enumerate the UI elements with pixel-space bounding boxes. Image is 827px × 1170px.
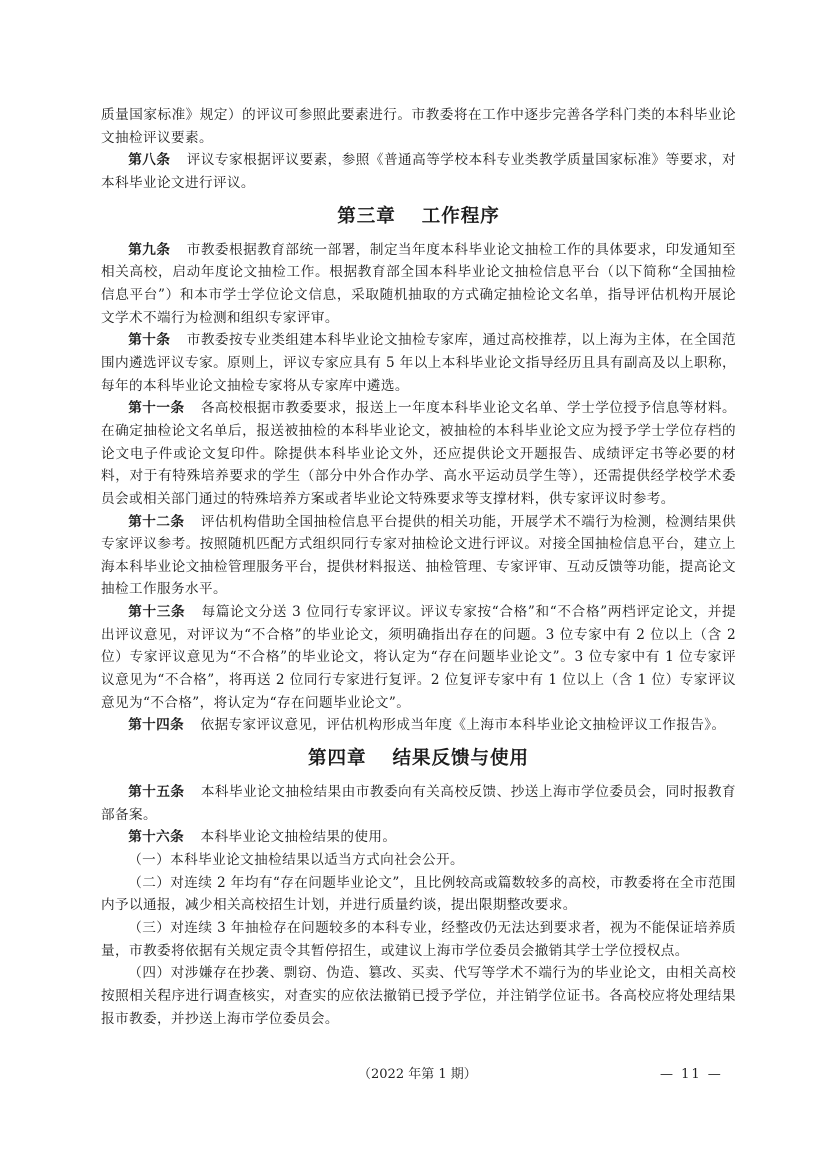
article-11: 第十一条各高校根据市教委要求，报送上一年度本科毕业论文名单、学士学位授予信息等材…	[101, 397, 736, 510]
list-item-3: （三）对连续 3 年抽检存在问题较多的本科专业，经整改仍无法达到要求者，视为不能…	[101, 917, 736, 962]
article-text: 依据专家评议意见，评估机构形成当年度《上海市本科毕业论文抽检评议工作报告》。	[200, 717, 725, 733]
article-label: 第十条	[128, 332, 170, 348]
chapter-heading-3: 第三章工作程序	[101, 195, 736, 239]
article-text: 本科毕业论文抽检结果的使用。	[200, 829, 396, 845]
article-label: 第十三条	[128, 604, 185, 620]
article-text: 各高校根据市教委要求，报送上一年度本科毕业论文名单、学士学位授予信息等材料。在确…	[101, 400, 736, 507]
article-label: 第十四条	[128, 717, 184, 733]
article-12: 第十二条评估机构借助全国抽检信息平台提供的相关功能，开展学术不端行为检测，检测结…	[101, 511, 736, 602]
article-text: 市教委根据教育部统一部署，制定当年度本科毕业论文抽检工作的具体要求，印发通知至相…	[101, 242, 736, 326]
page-number: — 11 —	[660, 1066, 723, 1084]
paragraph-continuation: 质量国家标准》规定）的评议可参照此要素进行。市教委将在工作中逐步完善各学科门类的…	[101, 104, 736, 149]
article-label: 第八条	[128, 152, 170, 168]
article-15: 第十五条本科毕业论文抽检结果由市教委向有关高校反馈、抄送上海市学位委员会，同时报…	[101, 781, 736, 826]
article-8: 第八条评议专家根据评议要素，参照《普通高等学校本科专业类教学质量国家标准》等要求…	[101, 149, 736, 194]
article-14: 第十四条依据专家评议意见，评估机构形成当年度《上海市本科毕业论文抽检评议工作报告…	[101, 714, 736, 737]
document-page: 质量国家标准》规定）的评议可参照此要素进行。市教委将在工作中逐步完善各学科门类的…	[101, 104, 736, 1030]
article-label: 第十一条	[128, 400, 184, 416]
list-item-2: （二）对连续 2 年均有“存在问题毕业论文”，且比例较高或篇数较多的高校，市教委…	[101, 872, 736, 917]
article-text: 每篇论文分送 3 位同行专家评议。评议专家按“合格”和“不合格”两档评定论文，并…	[101, 604, 736, 711]
chapter-heading-4: 第四章结果反馈与使用	[101, 737, 736, 781]
article-text: 本科毕业论文抽检结果由市教委向有关高校反馈、抄送上海市学位委员会，同时报教育部备…	[101, 784, 736, 823]
list-item-1: （一）本科毕业论文抽检结果以适当方式向社会公开。	[101, 849, 736, 872]
article-13: 第十三条每篇论文分送 3 位同行专家评议。评议专家按“合格”和“不合格”两档评定…	[101, 601, 736, 714]
article-text: 评估机构借助全国抽检信息平台提供的相关功能，开展学术不端行为检测，检测结果供专家…	[101, 514, 736, 598]
article-label: 第十五条	[128, 784, 184, 800]
article-label: 第十六条	[128, 829, 184, 845]
list-item-4: （四）对涉嫌存在抄袭、剽窃、伪造、篡改、买卖、代写等学术不端行为的毕业论文，由相…	[101, 962, 736, 1030]
issue-label: （2022 年第 1 期）	[358, 1066, 477, 1084]
chapter-number: 第三章	[337, 206, 396, 227]
article-10: 第十条市教委按专业类组建本科毕业论文抽检专家库，通过高校推荐，以上海为主体，在全…	[101, 329, 736, 397]
article-text: 市教委按专业类组建本科毕业论文抽检专家库，通过高校推荐，以上海为主体，在全国范围…	[101, 332, 736, 393]
chapter-title: 结果反馈与使用	[392, 748, 529, 769]
article-9: 第九条市教委根据教育部统一部署，制定当年度本科毕业论文抽检工作的具体要求，印发通…	[101, 239, 736, 330]
article-text: 评议专家根据评议要素，参照《普通高等学校本科专业类教学质量国家标准》等要求，对本…	[101, 152, 736, 191]
article-16: 第十六条本科毕业论文抽检结果的使用。	[101, 826, 736, 849]
article-label: 第九条	[128, 242, 170, 258]
chapter-title: 工作程序	[422, 206, 500, 227]
article-label: 第十二条	[128, 514, 184, 530]
chapter-number: 第四章	[308, 748, 367, 769]
